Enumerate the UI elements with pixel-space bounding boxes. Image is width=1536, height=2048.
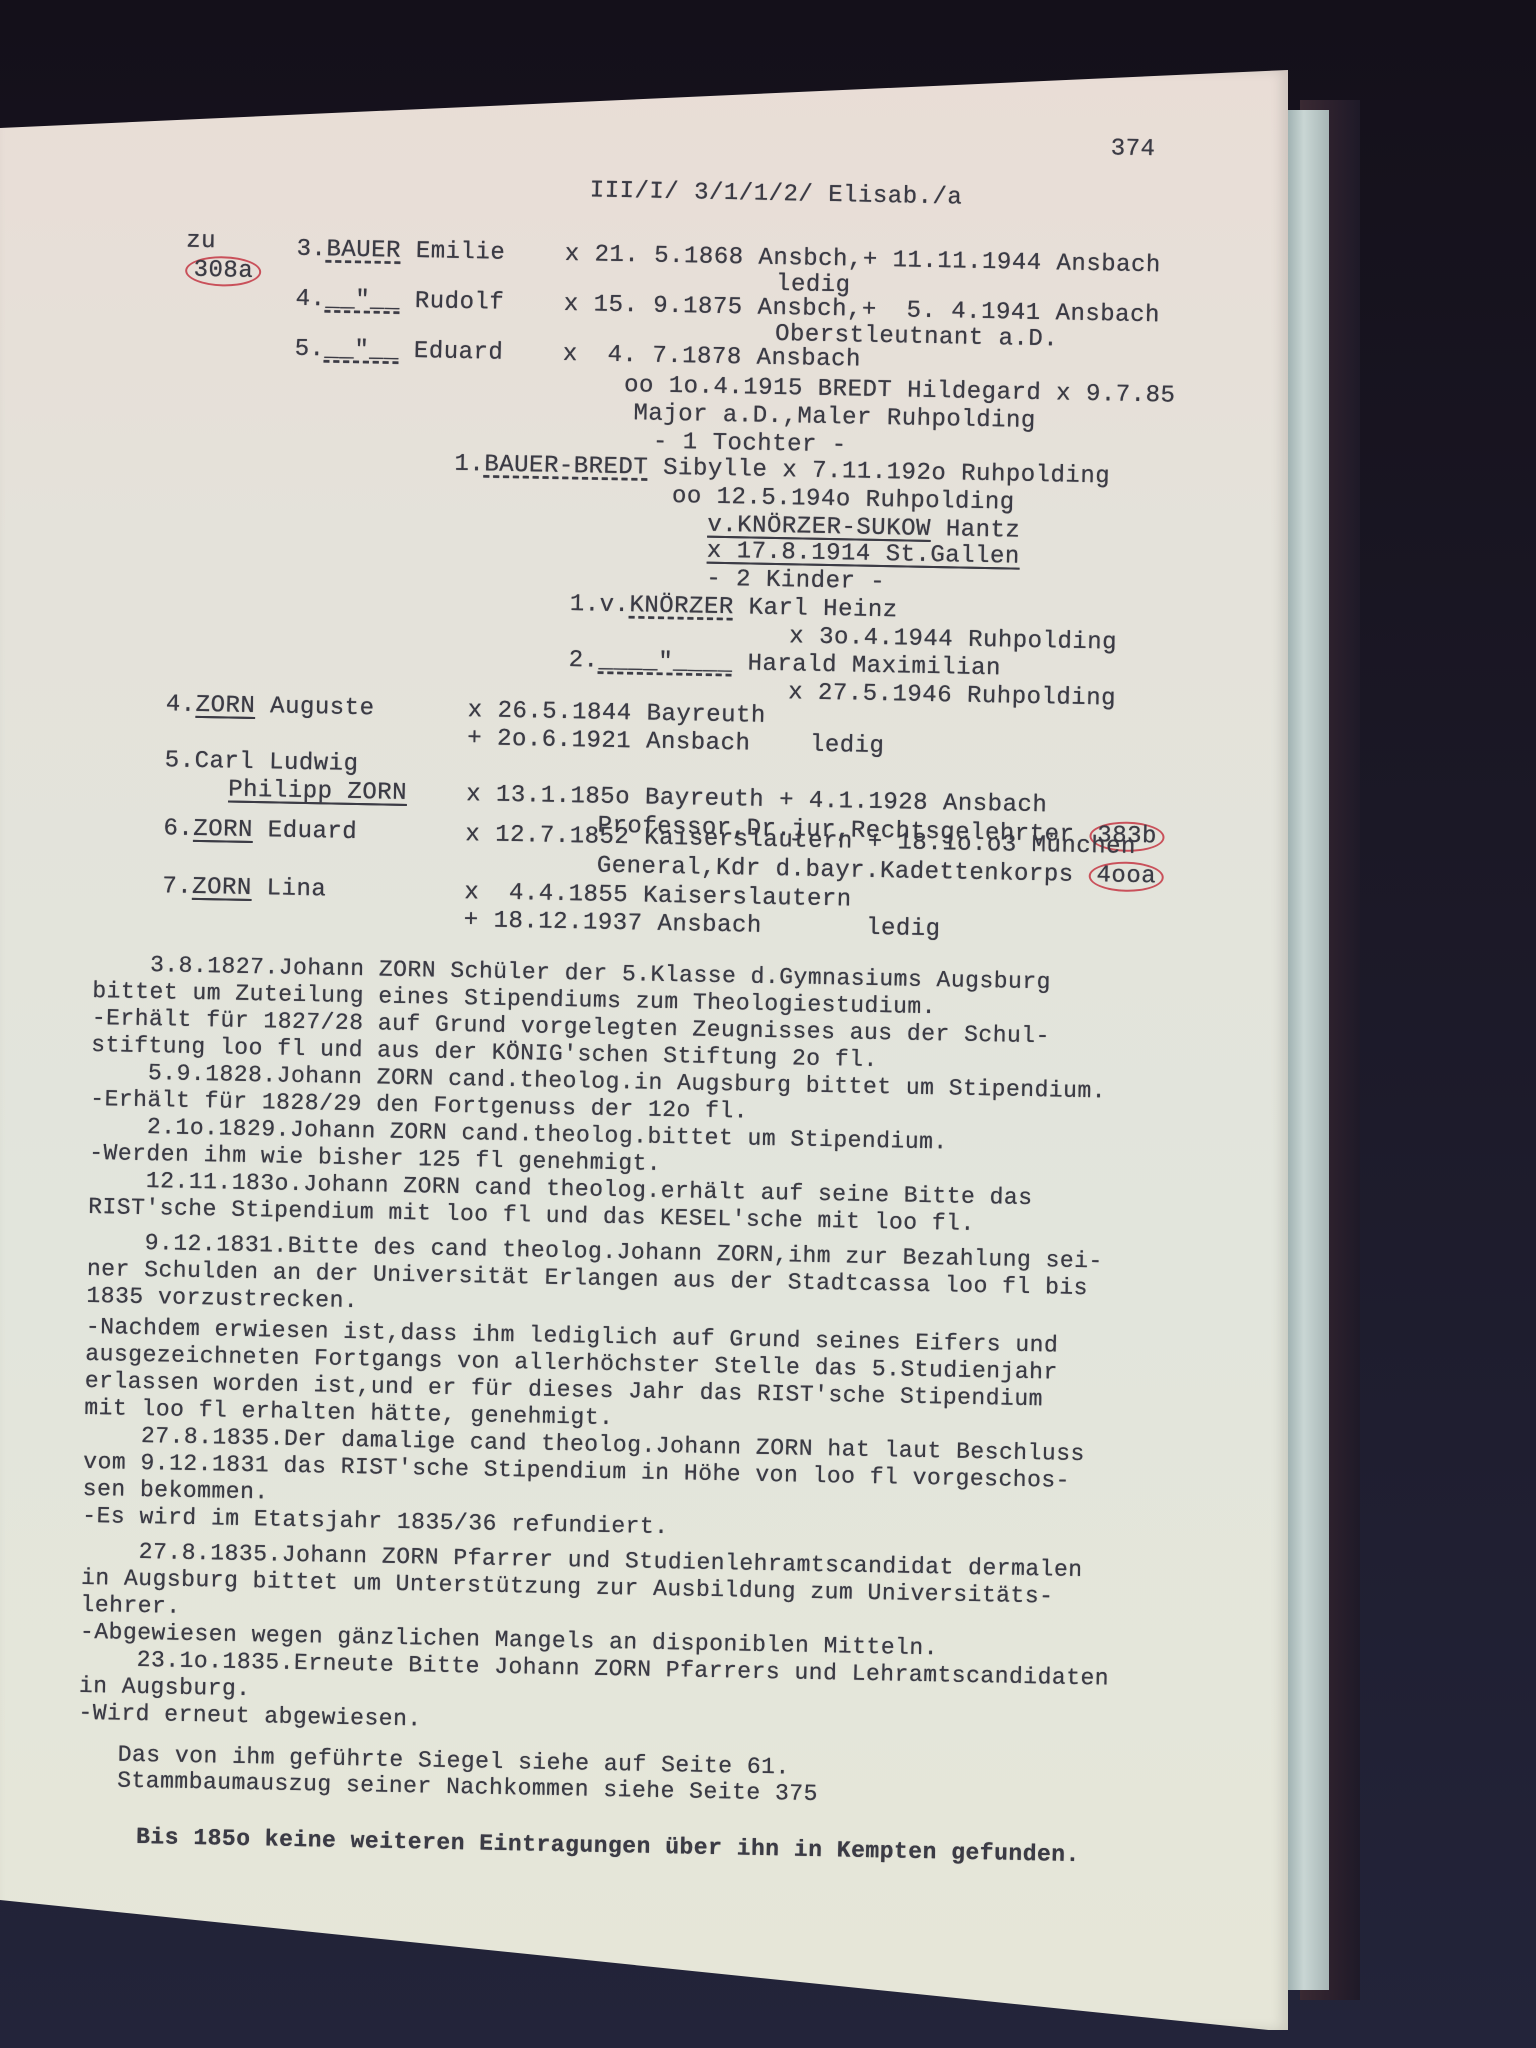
cross-reference: zu 308a — [95, 198, 262, 315]
zorn-child-entry: 5.Carl Ludwig — [164, 747, 358, 779]
entry-number: 2. — [569, 647, 599, 675]
zorn-child-entry: 4.ZORN Auguste — [166, 691, 375, 723]
page-stack-edge — [1286, 110, 1329, 1990]
grandchild-entry: 1.v.KNÖRZER Karl Heinz — [570, 591, 898, 625]
given-name: Harald Maximilian — [732, 650, 1001, 682]
circled-ref-308a: 308a — [185, 256, 261, 287]
entry-number: 5. — [294, 336, 324, 364]
entry-number: 3. — [296, 236, 326, 264]
grandchild-birth: x 27.5.1946 Ruhpolding — [788, 679, 1116, 713]
surname: ZORN — [192, 874, 252, 902]
surname: __"__ — [324, 336, 399, 364]
entry-number: 1. — [454, 451, 484, 479]
detail: + 18.12.1937 Ansbach ledig — [463, 907, 955, 943]
surname: Philipp ZORN — [228, 777, 407, 807]
given-name: Eduard — [253, 817, 358, 846]
bauer-child-entry: 3.BAUER Emilie x 21. 5.1868 Ansbch,+ 11.… — [296, 236, 1161, 281]
record-line: 1835 vorzustrecken. — [86, 1282, 358, 1315]
zorn-child-line2: + 18.12.1937 Ansbach ledig — [463, 907, 955, 944]
spouse-given: Hantz — [931, 516, 1021, 545]
entry-number: 7. — [162, 873, 192, 901]
given-name: Lina — [251, 875, 326, 903]
surname: ZORN — [193, 816, 253, 844]
reference-header: III/I/ 3/1/1/2/ Elisab./a — [590, 177, 963, 212]
zorn-child-line2: + 2o.6.1921 Ansbach ledig — [467, 725, 900, 761]
given-name: Karl Heinz — [733, 594, 897, 624]
surname: ____"____ — [598, 648, 733, 678]
record-line: -Es wird im Etatsjahr 1835/36 refundiert… — [82, 1502, 669, 1541]
surname: KNÖRZER — [629, 592, 734, 621]
page-number: 374 — [1110, 135, 1155, 164]
cross-ref-prefix: zu — [186, 228, 216, 256]
zorn-child-entry: 7.ZORN Lina — [162, 873, 326, 904]
zorn-child-entry: 6.ZORN Eduard — [163, 815, 357, 847]
given-name: 5.Carl Ludwig — [165, 747, 359, 778]
entry-number: 1.v. — [570, 591, 630, 619]
footer-notes: Das von ihm geführte Siegel siehe auf Se… — [0, 70, 1288, 95]
record-line: -Wird erneut abgewiesen. — [78, 1699, 422, 1734]
bauer-child-entry: 4.__"__ Rudolf x 15. 9.1875 Ansbch,+ 5. … — [295, 286, 1160, 331]
given-name: Auguste — [255, 693, 375, 722]
final-note: Bis 185o keine weiteren Eintragungen übe… — [136, 1823, 1080, 1869]
grandchildren-count: - 2 Kinder - — [706, 566, 885, 597]
entry-number: 6. — [163, 815, 193, 843]
genealogy-section: 3.BAUER Emilie x 21. 5.1868 Ansbch,+ 11.… — [0, 70, 1288, 95]
surname: __"__ — [325, 286, 400, 314]
records-section: 3.8.1827.Johann ZORN Schüler der 5.Klass… — [0, 70, 1288, 95]
surname: BAUER-BREDT — [484, 451, 648, 481]
surname: ZORN — [195, 692, 255, 720]
surname: BAUER — [326, 236, 401, 264]
record-line: lehrer. — [80, 1591, 181, 1621]
circled-ref: 4ooa — [1088, 861, 1164, 892]
entry-number: 4. — [295, 286, 325, 314]
detail: + 2o.6.1921 Ansbach ledig — [467, 725, 900, 760]
zorn-child-surname: Philipp ZORN — [228, 777, 407, 808]
entry-number: 4. — [166, 691, 196, 719]
document-page: 374 III/I/ 3/1/1/2/ Elisab./a zu 308a 3.… — [0, 70, 1288, 2030]
